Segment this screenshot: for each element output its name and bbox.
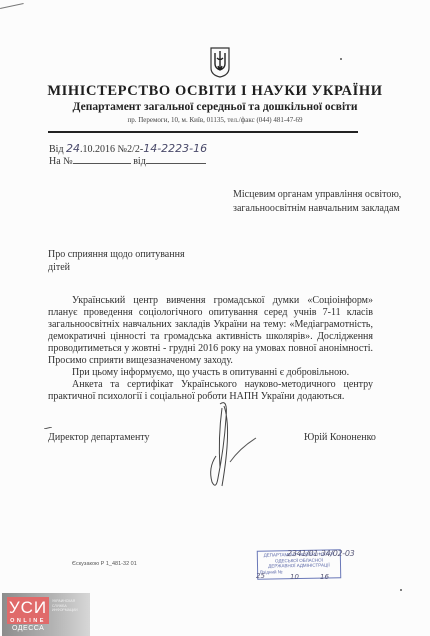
scan-speck xyxy=(340,58,342,60)
number-label: №2/2- xyxy=(118,144,144,155)
usi-online-watermark: УСИ ONLINE УКРАИНСКАЯ СЛУЖБА ИНФОРМАЦИИ … xyxy=(2,593,90,636)
stamp-month: 10 xyxy=(290,573,299,581)
from-label: Від xyxy=(49,144,64,155)
watermark-brand: УСИ xyxy=(7,597,49,618)
body-paragraph-2: При цьому інформуємо, що участь в опитув… xyxy=(48,367,373,379)
signatory-name: Юрій Кононенко xyxy=(304,432,376,443)
handwritten-signature xyxy=(198,398,258,494)
letter-body: Український центр вивчення громадської д… xyxy=(48,295,373,403)
reply-date-blank xyxy=(146,155,206,164)
reply-label: На № xyxy=(49,156,73,167)
handwritten-number: 14-2223-16 xyxy=(143,142,207,155)
reply-from-label: від xyxy=(133,156,146,167)
addressee-line-1: Місцевим органам управління освітою, xyxy=(233,188,401,202)
subject-line-2: дітей xyxy=(48,261,218,274)
subject-block: Про сприяння щодо опитування дітей xyxy=(48,248,218,274)
watermark-city: ОДЕССА xyxy=(12,625,44,632)
handwritten-day: 24 xyxy=(66,142,80,155)
subject-line-1: Про сприяння щодо опитування xyxy=(48,248,218,261)
printed-date: .10.2016 xyxy=(80,144,115,155)
stamp-year: 16 xyxy=(320,573,329,581)
letterhead-divider xyxy=(48,131,358,133)
body-paragraph-1: Український центр вивчення громадської д… xyxy=(48,295,373,367)
stamp-day: 25 xyxy=(256,572,265,580)
scanned-letter-page: МІНІСТЕРСТВО ОСВІТИ І НАУКИ УКРАЇНИ Депа… xyxy=(0,0,430,636)
footer-reference-code: Єскузакою Р 1_481-32 01 xyxy=(72,561,137,567)
watermark-online: ONLINE xyxy=(7,618,49,624)
stamp-registration-number: 2341/01-34/02-03 xyxy=(287,549,354,558)
ministry-address: пр. Перемоги, 10, м. Київ, 01135, тел./ф… xyxy=(0,115,430,125)
signatory-title: Директор департаменту xyxy=(48,432,150,443)
reply-number-blank xyxy=(73,155,131,164)
letterhead: МІНІСТЕРСТВО ОСВІТИ І НАУКИ УКРАЇНИ Депа… xyxy=(0,82,430,125)
department-name: Департамент загальної середньої та дошкі… xyxy=(0,100,430,114)
reference-block: Від 24.10.2016 №2/2-14-2223-16 На № від xyxy=(49,143,207,167)
pen-tick-mark xyxy=(44,427,52,429)
scan-speck xyxy=(400,589,402,591)
corner-pen-mark xyxy=(0,3,26,19)
addressee-block: Місцевим органам управління освітою, заг… xyxy=(233,188,401,216)
watermark-subtitle: УКРАИНСКАЯ СЛУЖБА ИНФОРМАЦИИ xyxy=(52,599,78,613)
trident-icon xyxy=(209,46,231,78)
ministry-name: МІНІСТЕРСТВО ОСВІТИ І НАУКИ УКРАЇНИ xyxy=(0,82,430,100)
addressee-line-2: загальноосвітнім навчальним закладам xyxy=(233,202,401,216)
